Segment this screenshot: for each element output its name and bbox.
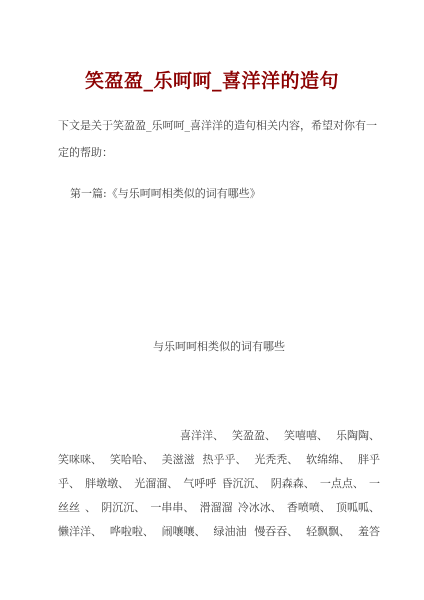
word-token: 丝丝 — [58, 496, 80, 520]
word-token: 光秃秃、 — [254, 448, 298, 472]
word-token: 羞答 — [358, 520, 380, 544]
word-token: 笑盈盈、 — [232, 424, 276, 448]
word-token: 笑哈哈、 — [110, 448, 154, 472]
word-token: 气呼呼 — [183, 472, 216, 496]
word-token: 乐陶陶、 — [336, 424, 380, 448]
word-list-line: 懒洋洋、哗啦啦、闹嚷嚷、绿油油慢吞吞、轻飘飘、羞答 — [58, 520, 380, 544]
word-token: 滑溜溜 — [200, 496, 233, 520]
word-token: 、 — [85, 496, 96, 520]
word-list-line: 丝丝、阴沉沉、一串串、滑溜溜冷冰冰、香喷喷、顶呱呱、 — [58, 496, 380, 520]
word-token: 光溜溜、 — [134, 472, 178, 496]
word-list-line: 乎、胖墩墩、光溜溜、气呼呼昏沉沉、阴森森、一点点、一 — [58, 472, 380, 496]
word-list-line: 笑咪咪、笑哈哈、美滋滋热乎乎、光秃秃、软绵绵、胖乎 — [58, 448, 380, 472]
word-token: 乎、 — [58, 472, 80, 496]
word-token: 绿油油 — [213, 520, 246, 544]
section-heading: 第一篇:《与乐呵呵相类似的词有哪些》 — [58, 180, 380, 207]
word-token: 笑咪咪、 — [58, 448, 102, 472]
word-token: 胖乎 — [358, 448, 380, 472]
word-list: 喜洋洋、笑盈盈、笑嘻嘻、乐陶陶、 笑咪咪、笑哈哈、美滋滋热乎乎、光秃秃、软绵绵、… — [58, 424, 380, 544]
word-token: 冷冰冰、 — [238, 496, 282, 520]
page-title: 笑盈盈_乐呵呵_喜洋洋的造句 — [0, 68, 424, 94]
subheading: 与乐呵呵相类似的词有哪些 — [58, 333, 380, 360]
intro-paragraph: 下文是关于笑盈盈_乐呵呵_喜洋洋的造句相关内容，希望对你有一定的帮助： — [58, 112, 380, 166]
word-token: 慢吞吞、 — [254, 520, 298, 544]
word-token: 喜洋洋、 — [180, 424, 224, 448]
word-token: 热乎乎、 — [202, 448, 246, 472]
word-token: 顶呱呱、 — [336, 496, 380, 520]
word-token: 美滋滋 — [162, 448, 195, 472]
word-token: 一 — [369, 472, 380, 496]
word-token: 胖墩墩、 — [85, 472, 129, 496]
word-token: 哗啦啦、 — [110, 520, 154, 544]
word-token: 一串串、 — [150, 496, 194, 520]
word-token: 闹嚷嚷、 — [162, 520, 206, 544]
word-token: 阴沉沉、 — [101, 496, 145, 520]
word-token: 笑嘻嘻、 — [284, 424, 328, 448]
document-content: 下文是关于笑盈盈_乐呵呵_喜洋洋的造句相关内容，希望对你有一定的帮助： 第一篇:… — [58, 112, 380, 544]
word-token: 香喷喷、 — [287, 496, 331, 520]
word-token: 轻飘飘、 — [306, 520, 350, 544]
word-token: 懒洋洋、 — [58, 520, 102, 544]
word-token: 阴森森、 — [271, 472, 315, 496]
word-token: 昏沉沉、 — [222, 472, 266, 496]
document-page: 笑盈盈_乐呵呵_喜洋洋的造句 下文是关于笑盈盈_乐呵呵_喜洋洋的造句相关内容，希… — [0, 0, 424, 600]
word-token: 软绵绵、 — [306, 448, 350, 472]
word-list-line: 喜洋洋、笑盈盈、笑嘻嘻、乐陶陶、 — [58, 424, 380, 448]
word-token: 一点点、 — [320, 472, 364, 496]
